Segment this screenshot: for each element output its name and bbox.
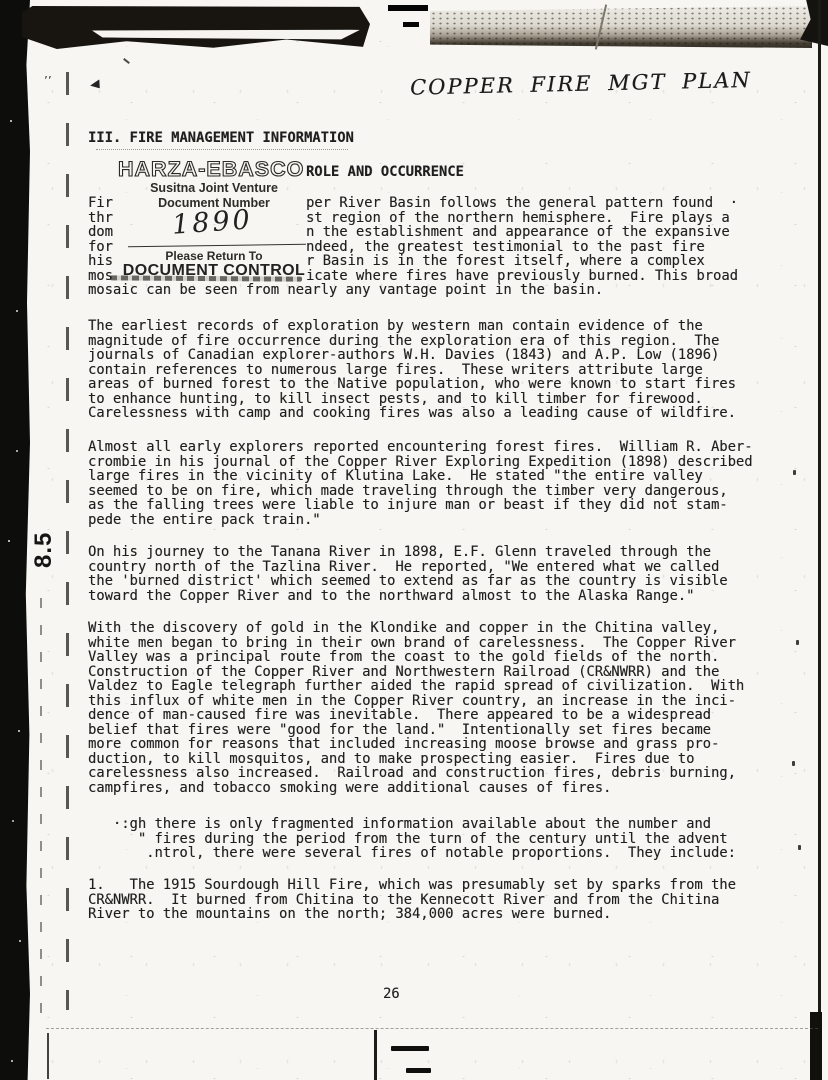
stamp-underline bbox=[128, 244, 306, 247]
scan-artifact-speck bbox=[793, 470, 796, 475]
paragraph-3: Almost all early explorers reported enco… bbox=[88, 440, 753, 527]
scan-artifact-quote-mark: ’’ bbox=[44, 74, 52, 88]
scan-artifact-left-strip bbox=[0, 0, 30, 1080]
paragraph-2: The earliest records of exploration by w… bbox=[88, 319, 736, 421]
scan-artifact-bottom-line bbox=[46, 1028, 818, 1029]
scanned-document-page: ’’ 8.5 COPPER FIRE MGT PLAN III. FIRE MA… bbox=[0, 0, 828, 1080]
scan-artifact-speck bbox=[798, 845, 801, 850]
role-and-occurrence-header: ROLE AND OCCURRENCE bbox=[306, 165, 464, 180]
paragraph-6-faded: ·:gh there is only fragmented informatio… bbox=[88, 817, 736, 861]
page-number: 26 bbox=[383, 987, 400, 1002]
scan-artifact-tick bbox=[123, 58, 130, 64]
scan-artifact-speck bbox=[796, 640, 799, 645]
stamp-company-name: HARZA-EBASCO bbox=[118, 157, 304, 181]
list-item-1: 1. The 1915 Sourdough Hill Fire, which w… bbox=[88, 878, 736, 922]
scan-artifact-top-band-right bbox=[430, 6, 812, 48]
document-control-stamp: HARZA-EBASCO Susitna Joint Venture Docum… bbox=[112, 157, 316, 283]
section-heading: III. FIRE MANAGEMENT INFORMATION bbox=[88, 131, 354, 146]
paragraph-5: With the discovery of gold in the Klondi… bbox=[88, 621, 744, 796]
stamp-venture-line: Susitna Joint Venture bbox=[112, 181, 316, 195]
scan-artifact-ink-mark bbox=[89, 79, 100, 89]
scan-artifact-tick bbox=[47, 1033, 49, 1079]
paragraph-4: On his journey to the Tanana River in 18… bbox=[88, 545, 728, 603]
margin-note-8-5: 8.5 bbox=[30, 532, 58, 568]
handwritten-title: COPPER FIRE MGT PLAN bbox=[410, 68, 730, 99]
scan-artifact-bar bbox=[391, 1046, 429, 1051]
paragraph-1-left-fragments: Fir thr dom for his mos bbox=[88, 196, 113, 283]
stamp-company-logo: HARZA-EBASCO bbox=[112, 157, 316, 181]
scan-artifact-top-band-left bbox=[22, 6, 370, 49]
margin-dashed-line bbox=[66, 72, 69, 1010]
paragraph-1-right-fragments: per River Basin follows the general patt… bbox=[306, 196, 738, 283]
paragraph-1-last-line: mosaic can be seen from nearly any vanta… bbox=[88, 283, 603, 298]
stamp-return-label: Please Return To bbox=[112, 249, 316, 263]
scan-artifact-bottom-right-corner bbox=[810, 1012, 822, 1080]
scan-artifact-right-border bbox=[818, 0, 821, 1080]
scan-artifact-dash bbox=[388, 5, 428, 11]
scan-artifact-speck bbox=[792, 761, 795, 766]
heading-underline bbox=[96, 149, 348, 150]
scan-artifact-bottom-vertical bbox=[374, 1030, 377, 1080]
stamp-document-number-value: 1890 bbox=[171, 204, 254, 241]
scan-artifact-dash bbox=[403, 22, 419, 27]
scan-artifact-bar bbox=[406, 1068, 431, 1073]
margin-dotted-line bbox=[40, 598, 42, 1018]
